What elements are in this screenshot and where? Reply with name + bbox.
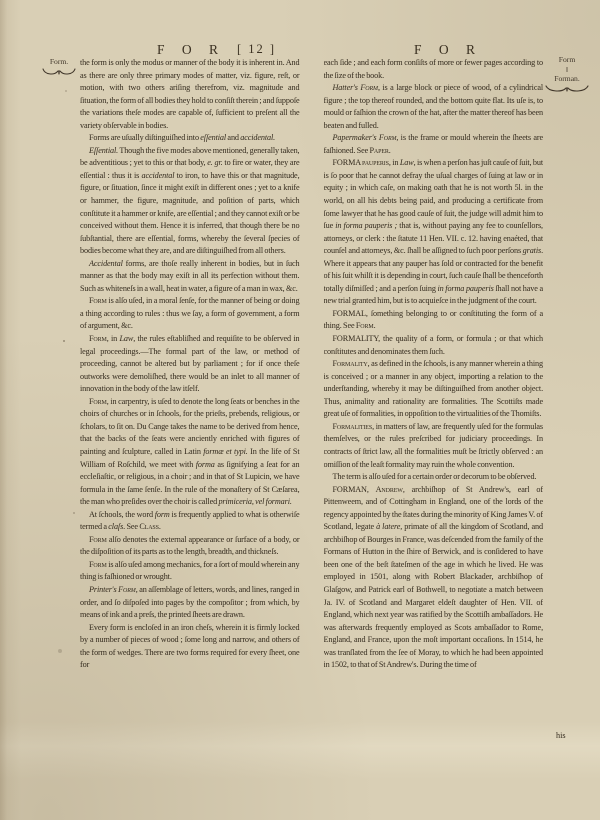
paragraph: Form is alſo uſed among mechanics, for a… (80, 559, 300, 584)
margin-note-left: Form. (40, 57, 78, 77)
margin-note-right: Form ‖ Forman. (541, 55, 593, 94)
paragraph: Papermaker's Form, is the frame or mould… (324, 132, 544, 157)
page-number: [ 12 ] (237, 42, 276, 57)
running-head: F O R [ 12 ] F O R (0, 42, 600, 58)
paragraph: Formality, as defined in the ſchools, is… (324, 358, 544, 421)
running-title-left: F O R (157, 42, 225, 58)
paragraph: Form, in Law, the rules eſtabliſhed and … (80, 333, 300, 396)
paragraph: FORMA pauperis, in Law, is when a perſon… (324, 157, 544, 308)
paragraph: Form, in carpentry, is uſed to denote th… (80, 396, 300, 509)
underbrace-icon (42, 68, 76, 77)
paragraph: Printer's Form, an aſſemblage of letters… (80, 584, 300, 622)
paragraph: Form is alſo uſed, in a moral ſenſe, for… (80, 295, 300, 333)
paragraph: Eſſential. Though the five modes above m… (80, 145, 300, 258)
paragraph: each ſide ; and each form conſiſts of mo… (324, 57, 544, 82)
paragraph: Form alſo denotes the external appearanc… (80, 534, 300, 559)
margin-note-right-line1: Form (541, 55, 593, 65)
margin-note-left-text: Form. (40, 57, 78, 67)
text-column-right: each ſide ; and each form conſiſts of mo… (324, 57, 544, 749)
paragraph: At ſchools, the word form is frequently … (80, 509, 300, 534)
paper-speck (63, 340, 65, 342)
underbrace-icon (545, 85, 589, 94)
paragraph: Forms are uſually diſtinguiſhed into eſſ… (80, 132, 300, 145)
text-column-left: the form is only the modus or manner of … (80, 57, 300, 749)
text-block: the form is only the modus or manner of … (80, 57, 543, 749)
paragraph: the form is only the modus or manner of … (80, 57, 300, 132)
paragraph: Every form is encloſed in an iron cheſs,… (80, 622, 300, 672)
paragraph: FORMALITY, the quality of a form, or for… (324, 333, 544, 358)
paragraph: Hatter's Form, is a large block or piece… (324, 82, 544, 132)
catchword: his (556, 731, 566, 740)
margin-note-right-divider: ‖ (541, 65, 593, 75)
paragraph: FORMAN, Andrew, archbiſhop of St Andrew'… (324, 484, 544, 672)
scanned-book-page: F O R [ 12 ] F O R Form. Form ‖ Forman. … (0, 0, 600, 820)
paragraph: Formalities, in matters of law, are freq… (324, 421, 544, 471)
paragraph: The term is alſo uſed for a certain orde… (324, 471, 544, 484)
paragraph: FORMAL, ſomething belonging to or conſti… (324, 308, 544, 333)
running-title-right: F O R (414, 42, 482, 58)
margin-note-right-line2: Forman. (541, 74, 593, 84)
paragraph: Accidental forms, are thoſe really inher… (80, 258, 300, 296)
